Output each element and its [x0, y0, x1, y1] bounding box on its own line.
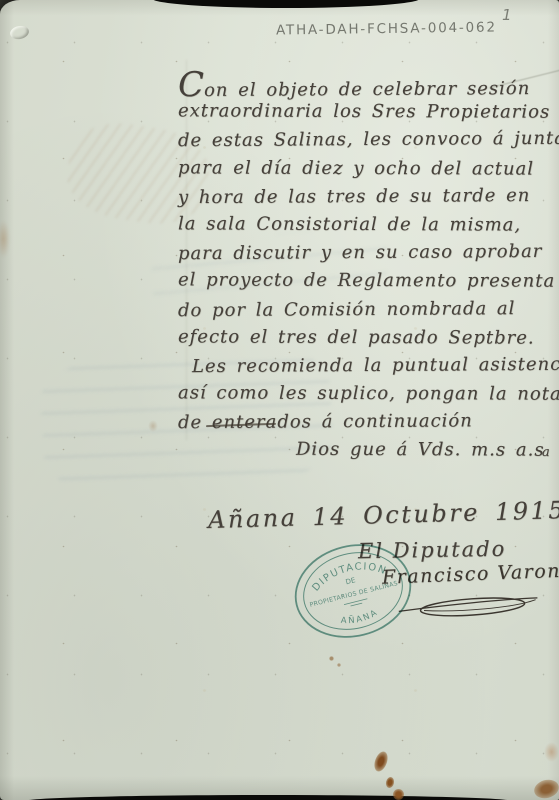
- manuscript-body: Con el objeto de celebrar sesión extraor…: [178, 70, 556, 465]
- manuscript-line: Les recomienda la puntual asistencia: [178, 351, 556, 381]
- manuscript-line: para el día diez y ocho del actual: [178, 154, 556, 184]
- manuscript-line: Dios gue á Vds. m.s a.s: [178, 436, 556, 466]
- manuscript-line: así como les suplico, pongan la nota: [178, 379, 556, 409]
- document-scan: ATHA-DAH-FCHSA-004-062 1 Con el objeto d…: [0, 0, 559, 800]
- manuscript-line: do por la Comisión nombrada al: [178, 294, 556, 324]
- manuscript-line: efecto el tres del pasado Septbre.: [178, 323, 556, 353]
- manuscript-line: extraordinaria los Sres Propietarios: [178, 98, 556, 128]
- manuscript-line: de estas Salinas, les convoco á junta: [178, 125, 556, 155]
- margin-mark: a: [542, 445, 550, 460]
- stamp-line4: AÑANA: [338, 606, 381, 629]
- page-number: 1: [502, 6, 512, 24]
- manuscript-line: para discutir y en su caso aprobar: [178, 238, 556, 268]
- manuscript-line: y hora de las tres de su tarde en: [178, 182, 556, 212]
- stamp-line2: DE: [345, 576, 356, 586]
- manuscript-line: el proyecto de Reglamento presenta: [178, 267, 556, 297]
- manuscript-line: la sala Consistorial de la misma,: [178, 210, 556, 240]
- manuscript-line: de enterados á continuación: [178, 407, 556, 437]
- archive-code: ATHA-DAH-FCHSA-004-062: [276, 19, 497, 38]
- manuscript-line: Con el objeto de celebrar sesión: [178, 69, 556, 99]
- svg-text:AÑANA: AÑANA: [338, 606, 381, 629]
